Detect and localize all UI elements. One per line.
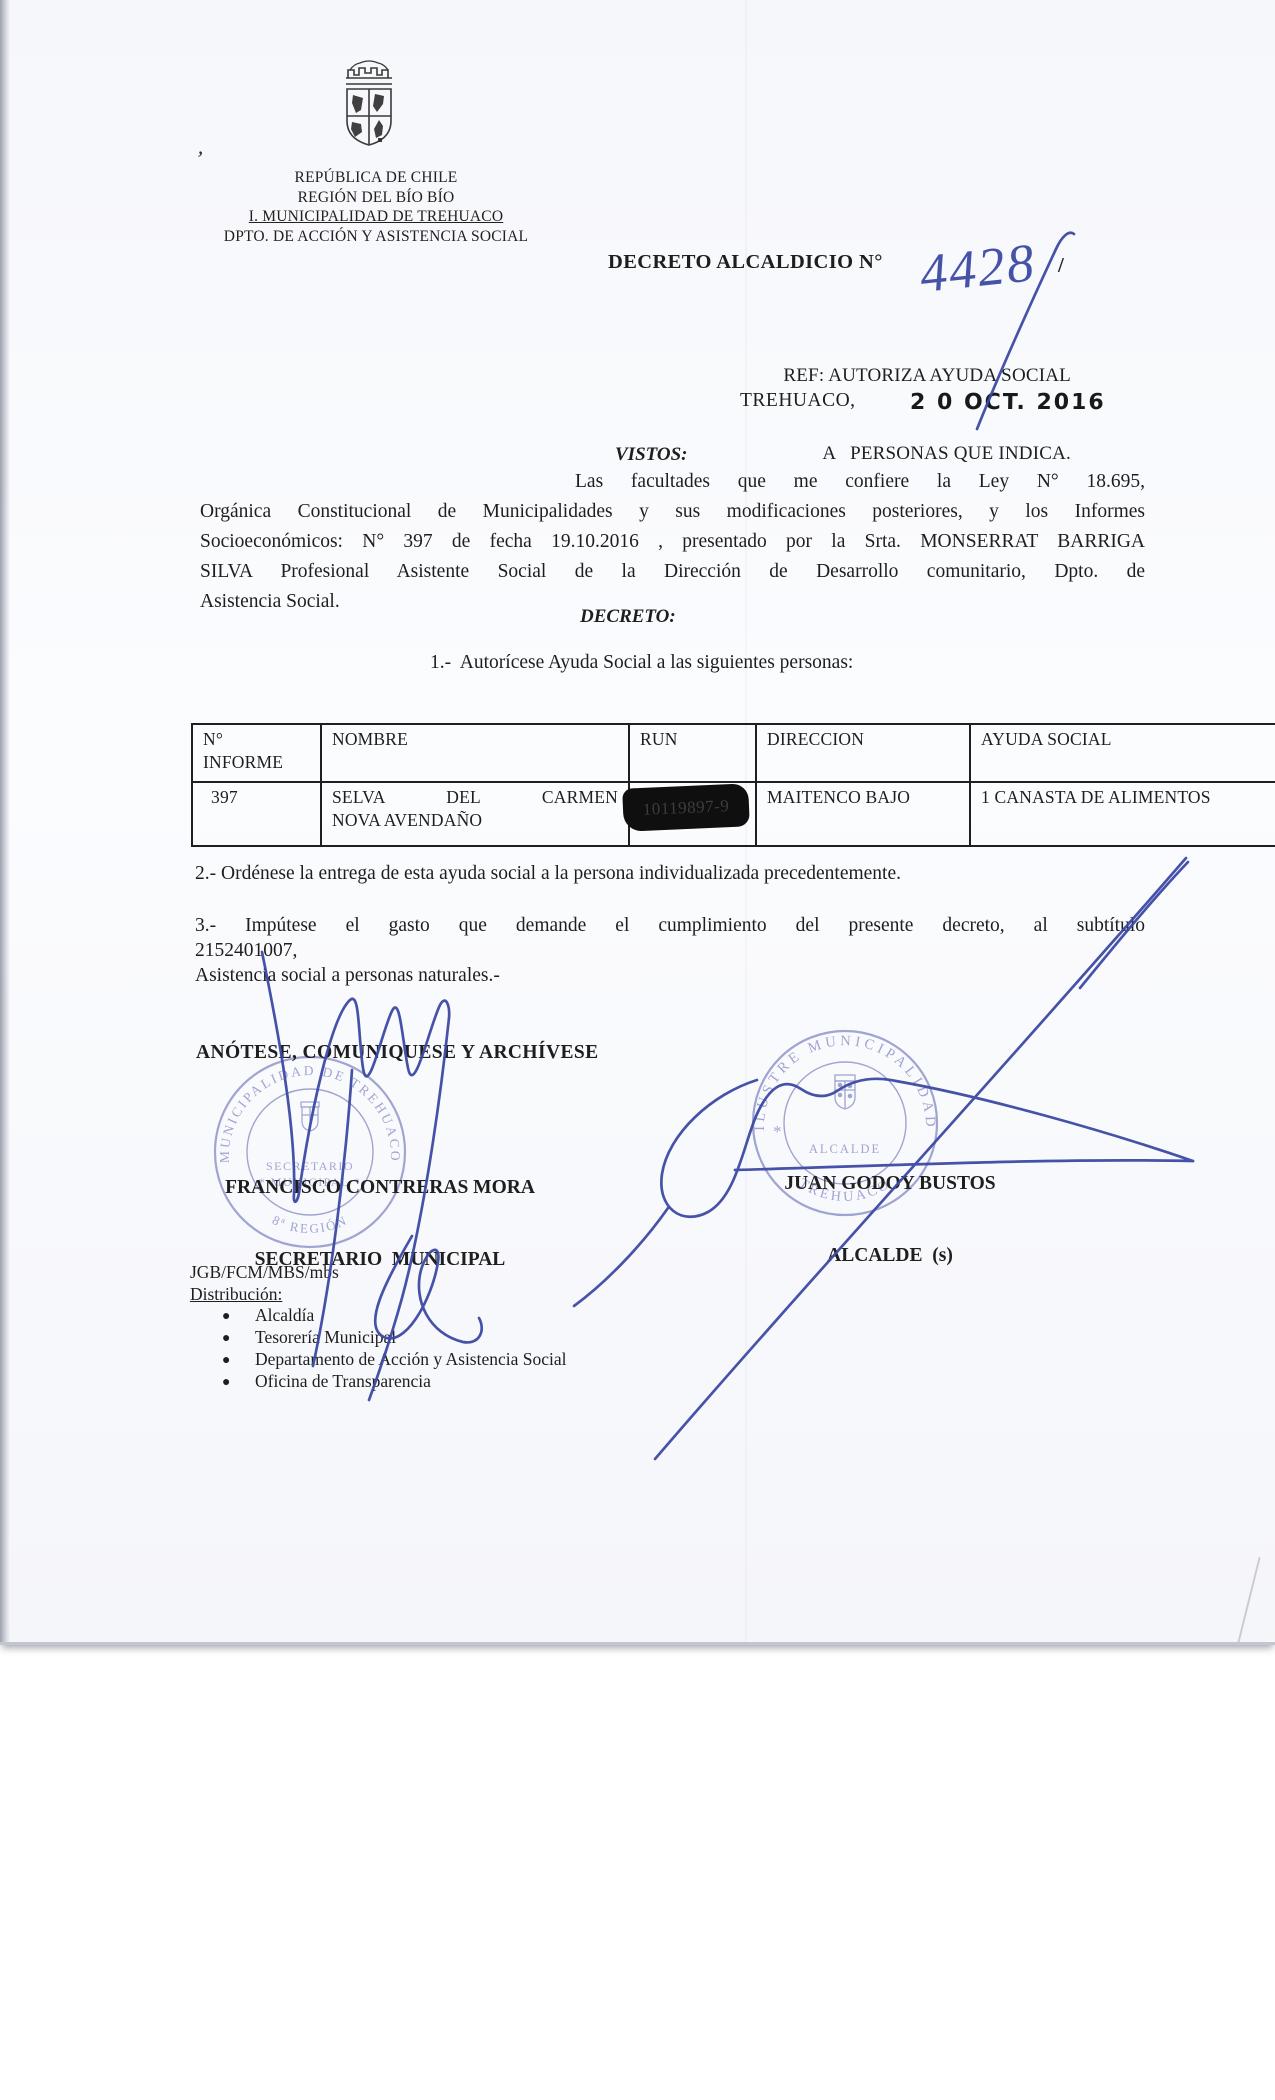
reference-line2: A PERSONAS QUE INDICA. xyxy=(735,441,1071,467)
secretary-name: FRANCISCO CONTRERAS MORA xyxy=(200,1176,560,1200)
col-header-direccion: DIRECCION xyxy=(756,724,970,782)
closing-order: ANÓTESE, COMUNIQUESE Y ARCHÍVESE xyxy=(196,1042,599,1064)
col-header-run: RUN xyxy=(629,724,756,782)
letterhead-region: REGIÓN DEL BÍO BÍO xyxy=(196,188,556,208)
list-item: ●Alcaldía xyxy=(222,1305,567,1327)
bullet-icon: ● xyxy=(222,1371,255,1393)
letterhead-municipality: I. MUNICIPALIDAD DE TREHUACO xyxy=(196,207,556,227)
document-page: MUNICIPALIDAD DE TREHUACO 8ª REGIÓN SECR… xyxy=(0,0,1275,1645)
cell-run: 10119897-9 xyxy=(629,782,756,846)
decree-item-1: 1.- Autorícese Ayuda Social a las siguie… xyxy=(430,652,853,674)
vistos-line: Orgánica Constitucional de Municipalidad… xyxy=(200,497,1145,527)
item3-line2: 2152401007, xyxy=(195,938,1145,963)
letterhead: REPÚBLICA DE CHILE REGIÓN DEL BÍO BÍO I.… xyxy=(196,168,556,246)
vistos-line: SILVA Profesional Asistente Social de la… xyxy=(200,557,1145,587)
item3-line1: 3.- Impútese el gasto que demande el cum… xyxy=(195,913,1145,938)
bullet-icon: ● xyxy=(222,1349,255,1371)
mayor-stamp-ring-top: ILUSTRE MUNICIPALIDAD xyxy=(752,1033,938,1131)
decree-title: DECRETO ALCALDICIO N° xyxy=(608,251,883,274)
col-header-informe: N° INFORME xyxy=(192,724,321,782)
mayor-title: ALCALDE (s) xyxy=(740,1244,1040,1268)
cell-ayuda: 1 CANASTA DE ALIMENTOS xyxy=(970,782,1275,846)
distribution-list: ●Alcaldía ●Tesorería Municipal ●Departam… xyxy=(222,1305,567,1393)
mayor-name: JUAN GODOY BUSTOS xyxy=(740,1172,1040,1196)
responsibility-initials: JGB/FCM/MBS/mbs xyxy=(190,1262,339,1283)
date-stamp: 2 0 OCT. 2016 xyxy=(910,390,1106,415)
reference-line1: REF: AUTORIZA AYUDA SOCIAL xyxy=(735,363,1071,389)
decree-number-slash: / xyxy=(1058,253,1064,278)
decreto-heading: DECRETO: xyxy=(580,606,676,628)
list-item: ●Departamento de Acción y Asistencia Soc… xyxy=(222,1349,567,1371)
vistos-line: Las facultades que me confiere la Ley N°… xyxy=(200,467,1145,497)
list-item: ●Oficina de Transparencia xyxy=(222,1371,567,1393)
beneficiaries-table: N° INFORME NOMBRE RUN DIRECCION AYUDA SO… xyxy=(191,723,1275,847)
svg-text:ILUSTRE MUNICIPALIDAD: ILUSTRE MUNICIPALIDAD xyxy=(752,1033,938,1131)
letterhead-country: REPÚBLICA DE CHILE xyxy=(196,168,556,188)
vistos-heading: VISTOS: xyxy=(615,444,688,466)
col-header-nombre: NOMBRE xyxy=(321,724,629,782)
bullet-icon: ● xyxy=(222,1305,255,1327)
mayor-stamp-crest xyxy=(835,1075,855,1109)
cell-informe: 397 xyxy=(192,782,321,846)
place-label: TREHUACO, xyxy=(740,390,856,412)
run-redaction-marker: 10119897-9 xyxy=(622,783,750,831)
letterhead-department: DPTO. DE ACCIÓN Y ASISTENCIA SOCIAL xyxy=(196,227,556,247)
distribution-label: Distribución: xyxy=(190,1284,282,1305)
vistos-paragraph: Las facultades que me confiere la Ley N°… xyxy=(200,467,1145,617)
secretary-stamp-crest xyxy=(301,1102,319,1131)
svg-text:4428: 4428 xyxy=(917,232,1039,304)
cell-direccion: MAITENCO BAJO xyxy=(756,782,970,846)
scan-left-edge xyxy=(0,0,10,1642)
page-corner-shadow xyxy=(1237,1557,1260,1643)
mayor-signature-block: JUAN GODOY BUSTOS ALCALDE (s) xyxy=(740,1124,1040,1316)
scanned-decree-screenshot: MUNICIPALIDAD DE TREHUACO 8ª REGIÓN SECR… xyxy=(0,0,1275,2100)
table-row: 397 SELVA DEL CARMEN NOVA AVENDAÑO 10119… xyxy=(192,782,1275,846)
decree-item-2: 2.- Ordénese la entrega de esta ayuda so… xyxy=(195,863,1145,885)
vistos-line: Socioeconómicos: N° 397 de fecha 19.10.2… xyxy=(200,527,1145,557)
cell-nombre: SELVA DEL CARMEN NOVA AVENDAÑO xyxy=(321,782,629,846)
item3-line3: Asistencia social a personas naturales.- xyxy=(195,963,1145,988)
list-item: ●Tesorería Municipal xyxy=(222,1327,567,1349)
decree-item-3: 3.- Impútese el gasto que demande el cum… xyxy=(195,913,1145,988)
municipal-coat-of-arms xyxy=(338,56,400,158)
col-header-ayuda: AYUDA SOCIAL xyxy=(970,724,1275,782)
bullet-icon: ● xyxy=(222,1327,255,1349)
